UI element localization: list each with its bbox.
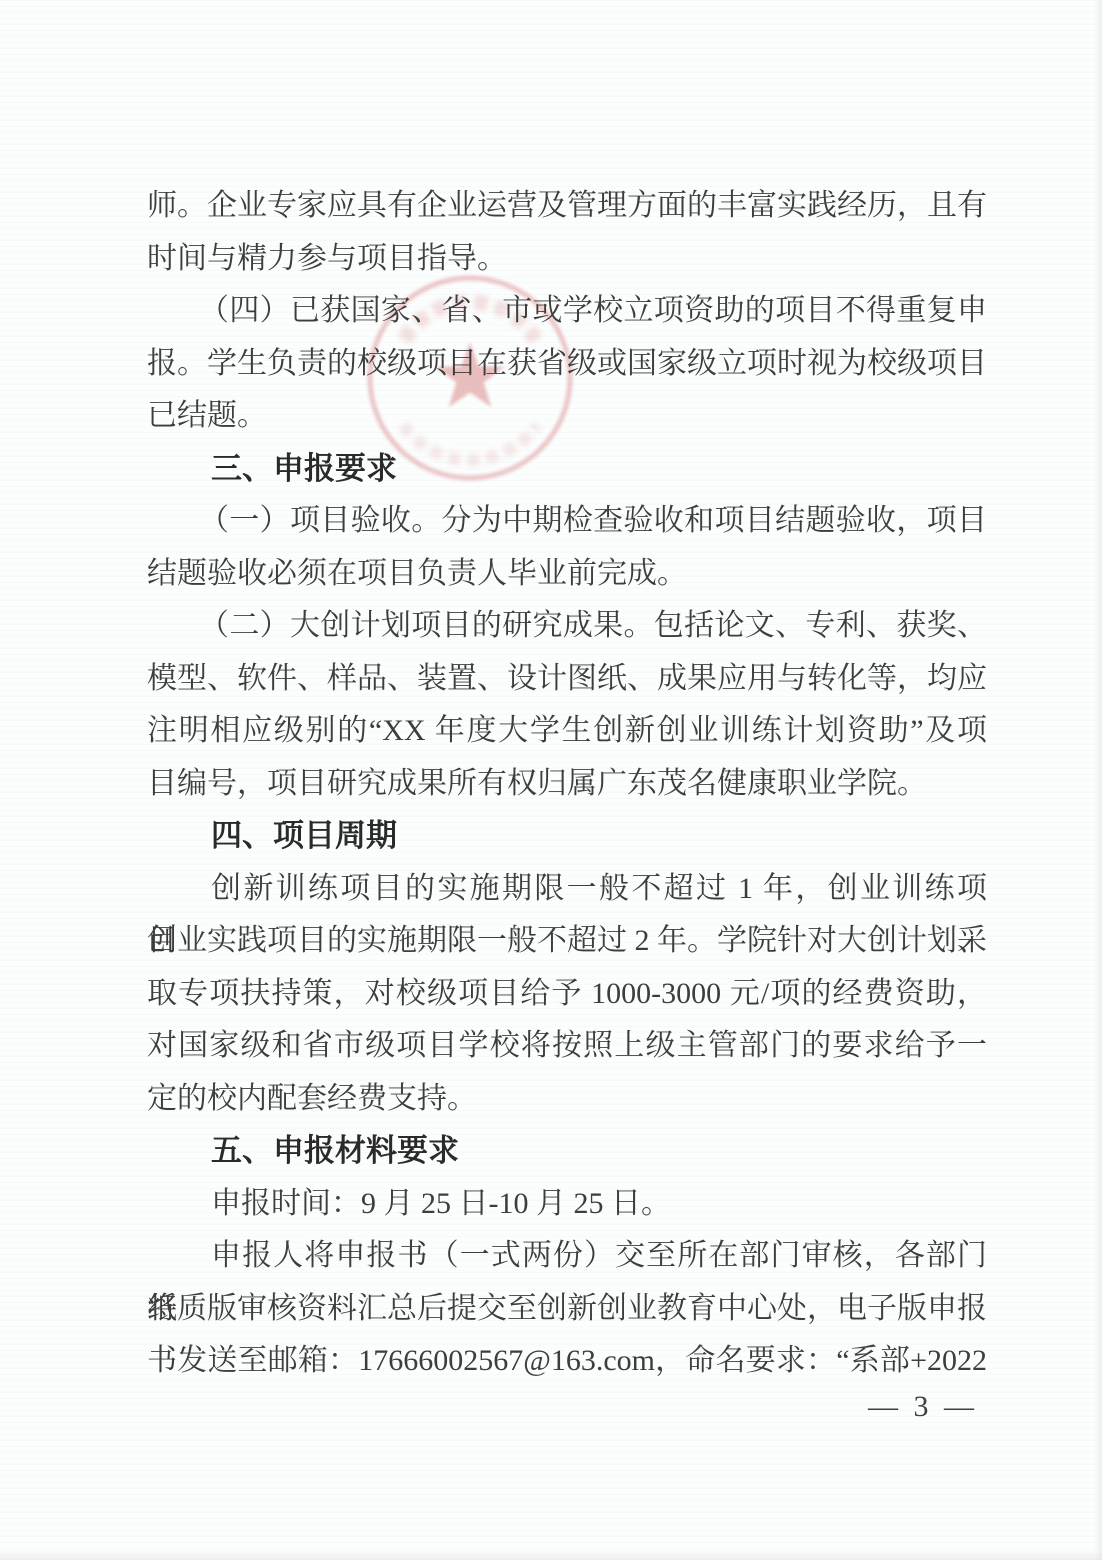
text-line: 申报时间：9 月 25 日-10 月 25 日。 <box>147 1178 987 1231</box>
text-line: 纸质版审核资料汇总后提交至创新创业教育中心处，电子版申报 <box>147 1283 987 1336</box>
text-line: 模型、软件、样品、装置、设计图纸、成果应用与转化等，均应 <box>147 653 987 706</box>
text-line: （二）大创计划项目的研究成果。包括论文、专利、获奖、 <box>147 600 987 653</box>
section-heading: 五、申报材料要求 <box>147 1125 987 1178</box>
text-line: 时间与精力参与项目指导。 <box>147 233 987 286</box>
page-right-edge <box>1094 0 1102 1560</box>
text-line: 报。学生负责的校级项目在获省级或国家级立项时视为校级项目 <box>147 338 987 391</box>
text-line: 创新训练项目的实施期限一般不超过 1 年，创业训练项目、 <box>147 863 987 916</box>
section-heading: 三、申报要求 <box>147 443 987 496</box>
text-line: 创业实践项目的实施期限一般不超过 2 年。学院针对大创计划采 <box>147 915 987 968</box>
page-bottom-edge <box>0 1550 1102 1560</box>
text-line: 书发送至邮箱：17666002567@163.com，命名要求：“系部+2022 <box>147 1335 987 1388</box>
section-heading: 四、项目周期 <box>147 810 987 863</box>
text-line: （四）已获国家、省、市或学校立项资助的项目不得重复申 <box>147 285 987 338</box>
text-line: 目编号，项目研究成果所有权归属广东茂名健康职业学院。 <box>147 758 987 811</box>
text-line: 师。企业专家应具有企业运营及管理方面的丰富实践经历，且有 <box>147 180 987 233</box>
text-line: 取专项扶持策，对校级项目给予 1000-3000 元/项的经费资助， <box>147 968 987 1021</box>
page-number: — 3 — <box>868 1390 978 1424</box>
document-body: 师。企业专家应具有企业运营及管理方面的丰富实践经历，且有时间与精力参与项目指导。… <box>147 180 987 1388</box>
text-line: 注明相应级别的“XX 年度大学生创新创业训练计划资助”及项 <box>147 705 987 758</box>
document-page: 师。企业专家应具有企业运营及管理方面的丰富实践经历，且有时间与精力参与项目指导。… <box>0 0 1102 1560</box>
text-line: 定的校内配套经费支持。 <box>147 1073 987 1126</box>
text-line: 申报人将申报书（一式两份）交至所在部门审核，各部门将 <box>147 1230 987 1283</box>
text-line: 已结题。 <box>147 390 987 443</box>
text-line: 对国家级和省市级项目学校将按照上级主管部门的要求给予一 <box>147 1020 987 1073</box>
text-line: （一）项目验收。分为中期检查验收和项目结题验收，项目 <box>147 495 987 548</box>
text-line: 结题验收必须在项目负责人毕业前完成。 <box>147 548 987 601</box>
